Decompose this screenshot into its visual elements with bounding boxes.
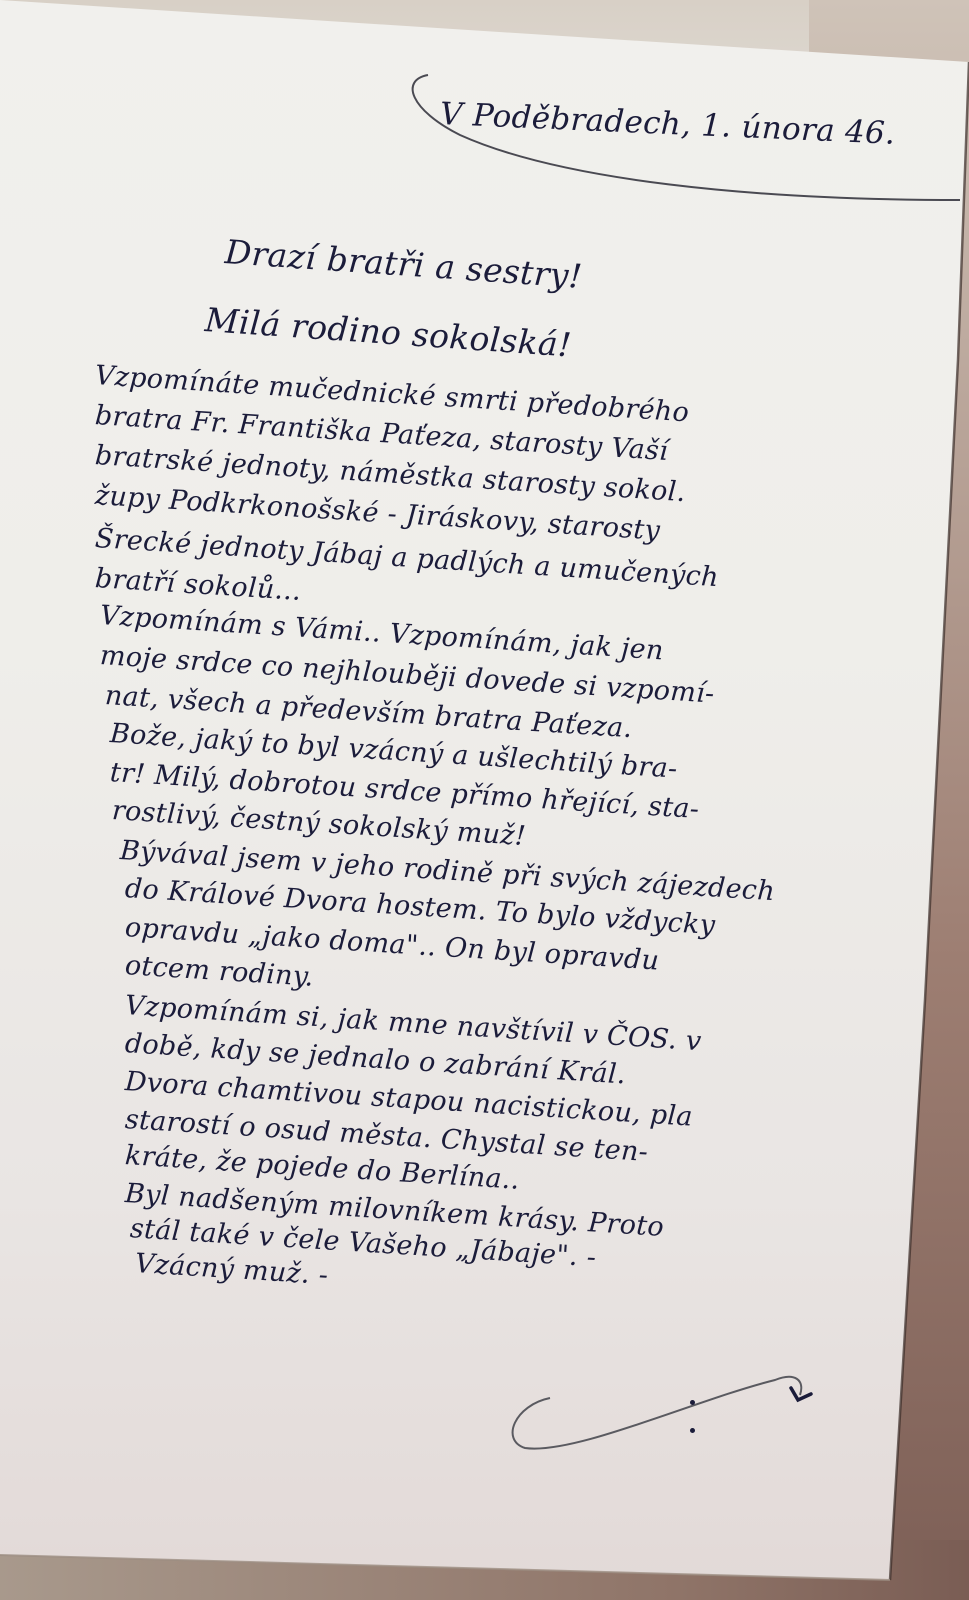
closing-colon-mark — [690, 1400, 696, 1440]
